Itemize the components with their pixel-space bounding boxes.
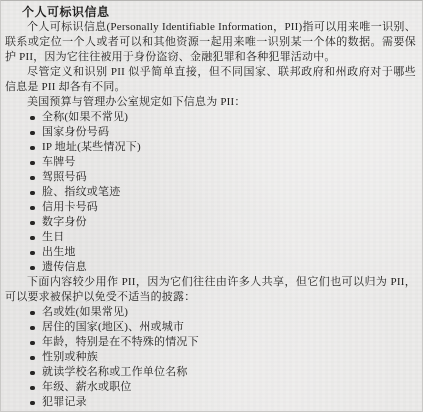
list-item: 居住的国家(地区)、州或城市 <box>5 320 416 335</box>
list-item-text: 驾照号码 <box>42 171 87 183</box>
list-item: 国家身份号码 <box>5 125 416 140</box>
list-item: 驾照号码 <box>5 170 416 185</box>
bullet-icon <box>30 191 35 196</box>
bullet-icon <box>30 356 35 361</box>
list-item: 遗传信息 <box>5 260 416 275</box>
bullet-icon <box>30 146 35 151</box>
list-item: 名或姓(如果常见) <box>5 305 416 320</box>
list-item-text: 居住的国家(地区)、州或城市 <box>42 321 184 333</box>
list-item-text: 年级、薪水或职位 <box>42 381 132 393</box>
less-common-pii-list: 名或姓(如果常见) 居住的国家(地区)、州或城市 年龄，特别是在不特殊的情况下 … <box>5 305 416 410</box>
bullet-icon <box>30 176 35 181</box>
bullet-icon <box>30 251 35 256</box>
list-item-text: 全称(如果不常见) <box>42 111 128 123</box>
list-item-text: IP 地址(某些情况下) <box>42 141 141 153</box>
page-title: 个人可标识信息 <box>22 4 416 20</box>
list-item-text: 脸、指纹或笔迹 <box>42 186 120 198</box>
list-item: 性别或种族 <box>5 350 416 365</box>
list-item: 脸、指纹或笔迹 <box>5 185 416 200</box>
bullet-icon <box>30 266 35 271</box>
list-item: 犯罪记录 <box>5 395 416 410</box>
list-item-text: 国家身份号码 <box>42 126 109 138</box>
list-item-text: 信用卡号码 <box>42 201 98 213</box>
list-item: 全称(如果不常见) <box>5 110 416 125</box>
list-item: 年级、薪水或职位 <box>5 380 416 395</box>
bullet-icon <box>30 311 35 316</box>
bullet-icon <box>30 161 35 166</box>
paragraph-omb-intro: 美国预算与管理办公室规定如下信息为 PII： <box>5 95 416 110</box>
paragraph-less-common-intro: 下面内容较少用作 PII，因为它们往往由许多人共享，但它们也可以归为 PII，可… <box>5 275 416 305</box>
bullet-icon <box>30 236 35 241</box>
bullet-icon <box>30 371 35 376</box>
list-item-text: 年龄，特别是在不特殊的情况下 <box>42 336 199 348</box>
pii-items-list: 全称(如果不常见) 国家身份号码 IP 地址(某些情况下) 车牌号 驾照号码 脸… <box>5 110 416 275</box>
list-item: 年龄，特别是在不特殊的情况下 <box>5 335 416 350</box>
list-item-text: 性别或种族 <box>42 351 98 363</box>
list-item-text: 就读学校名称或工作单位名称 <box>42 366 188 378</box>
bullet-icon <box>30 401 35 406</box>
list-item: IP 地址(某些情况下) <box>5 140 416 155</box>
list-item-text: 遗传信息 <box>42 261 87 273</box>
list-item-text: 出生地 <box>42 246 76 258</box>
list-item-text: 犯罪记录 <box>42 396 87 408</box>
list-item: 数字身份 <box>5 215 416 230</box>
list-item-text: 生日 <box>42 231 64 243</box>
bullet-icon <box>30 116 35 121</box>
bullet-icon <box>30 131 35 136</box>
list-item: 生日 <box>5 230 416 245</box>
list-item: 就读学校名称或工作单位名称 <box>5 365 416 380</box>
document-page: 个人可标识信息 个人可标识信息(Personally Identifiable … <box>0 0 423 412</box>
list-item: 车牌号 <box>5 155 416 170</box>
list-item: 出生地 <box>5 245 416 260</box>
paragraph-pii-variation: 尽管定义和识别 PII 似乎简单直接，但不同国家、联邦政府和州政府对于哪些信息是… <box>5 65 416 95</box>
paragraph-pii-definition: 个人可标识信息(Personally Identifiable Informat… <box>5 20 416 65</box>
bullet-icon <box>30 341 35 346</box>
list-item-text: 车牌号 <box>42 156 76 168</box>
bullet-icon <box>30 221 35 226</box>
list-item-text: 名或姓(如果常见) <box>42 306 128 318</box>
list-item-text: 数字身份 <box>42 216 87 228</box>
bullet-icon <box>30 206 35 211</box>
bullet-icon <box>30 326 35 331</box>
bullet-icon <box>30 386 35 391</box>
list-item: 信用卡号码 <box>5 200 416 215</box>
